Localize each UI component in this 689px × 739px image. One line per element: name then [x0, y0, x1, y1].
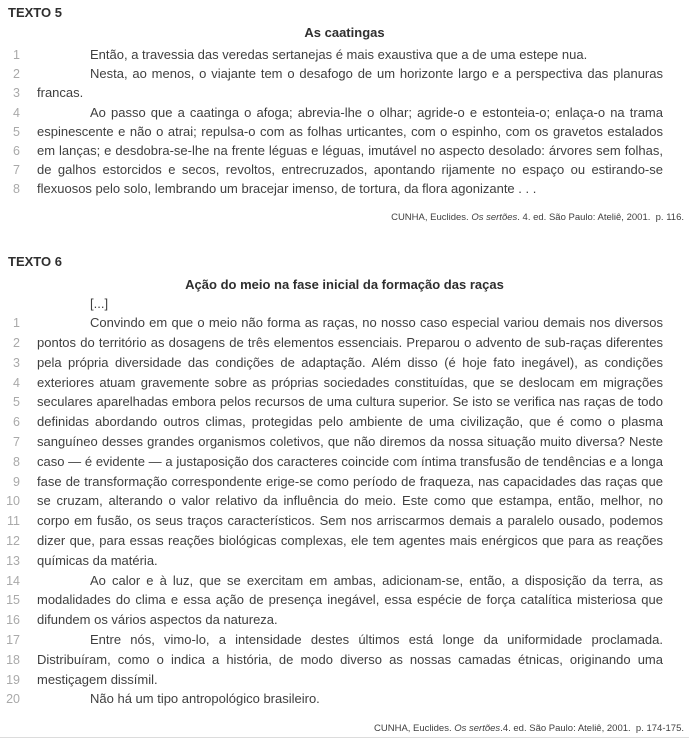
line-text: se cruzam, alterando o valor relativo da…	[37, 491, 663, 511]
citation-author: CUNHA, Euclides.	[374, 723, 454, 734]
text-line-row: 20 Não há um tipo antropológico brasilei…	[0, 689, 689, 709]
texto6-label: TEXTO 6	[8, 254, 689, 269]
line-number: 13	[0, 552, 20, 572]
line-number: 7	[0, 433, 20, 453]
text-line-row: 11 corpo em fusão, os seus traços caract…	[0, 511, 689, 531]
line-text: francas.	[37, 83, 663, 102]
text-line-row: 15 modalidades do clima e essa ação de p…	[0, 590, 689, 610]
line-text: Não há um tipo antropológico brasileiro.	[37, 689, 663, 709]
text-line-row: 4 Ao passo que a caatinga o afoga; abrev…	[0, 103, 689, 122]
texto5-label: TEXTO 5	[8, 5, 689, 20]
text-line-row: 3 pela própria diversidade das condições…	[0, 353, 689, 373]
citation-work-title: Os sertões	[454, 723, 500, 734]
text-line-row: 4 exteriores atuam gravemente sobre as p…	[0, 373, 689, 393]
texto6-title: Ação do meio na fase inicial da formação…	[0, 277, 689, 292]
line-number: 12	[0, 532, 20, 552]
citation-rest: . 4. ed. São Paulo: Ateliê, 2001. p. 116…	[517, 212, 684, 223]
line-text: flexuosos pelo solo, lembrando um bracej…	[37, 179, 663, 198]
texto5-lines: 1 Então, a travessia das veredas sertane…	[0, 45, 689, 199]
line-number: 11	[0, 512, 20, 532]
document-page: TEXTO 5 As caatingas 1 Então, a travessi…	[0, 0, 689, 735]
text-line-row: 8 flexuosos pelo solo, lembrando um brac…	[0, 179, 689, 198]
line-text: exteriores atuam gravemente sobre as pró…	[37, 373, 663, 393]
text-line-row: 7 de galhos estorcidos e secos, revoltos…	[0, 160, 689, 179]
line-text: modalidades do clima e essa ação de pres…	[37, 590, 663, 610]
citation-author: CUNHA, Euclides.	[391, 212, 471, 223]
line-number: 17	[0, 631, 20, 651]
line-number: 4	[0, 374, 20, 394]
text-line-row: 12 dizer que, para essas reações biológi…	[0, 531, 689, 551]
line-text: espinescente e não o atrai; repulsa-o co…	[37, 122, 663, 141]
text-line-row: 7 sanguíneo desses grandes organismos co…	[0, 432, 689, 452]
text-line-row: [...]	[0, 294, 689, 314]
text-line-row: 6 em lanças; e desdobra-se-lhe na frente…	[0, 141, 689, 160]
text-line-row: 1 Então, a travessia das veredas sertane…	[0, 45, 689, 64]
line-text: de galhos estorcidos e secos, revoltos, …	[37, 160, 663, 179]
line-number: 3	[0, 354, 20, 374]
line-number: 5	[0, 123, 20, 142]
line-text: fase de transformação correspondente eri…	[37, 472, 663, 492]
text-line-row: 2 Nesta, ao menos, o viajante tem o desa…	[0, 64, 689, 83]
line-number: 18	[0, 651, 20, 671]
text-line-row: 14 Ao calor e à luz, que se exercitam em…	[0, 571, 689, 591]
texto5-section: TEXTO 5 As caatingas 1 Então, a travessi…	[0, 5, 689, 224]
line-text: sanguíneo desses grandes organismos cole…	[37, 432, 663, 452]
line-number: 7	[0, 161, 20, 180]
line-text: seculares aparelhadas embora pelos recur…	[37, 392, 663, 412]
citation-rest: .4. ed. São Paulo: Ateliê, 2001. p. 174-…	[500, 723, 684, 734]
line-text: Entre nós, vimo-lo, a intensidade destes…	[37, 630, 663, 650]
text-line-row: 13 químicas da matéria.	[0, 551, 689, 571]
line-number: 19	[0, 671, 20, 691]
line-text: corpo em fusão, os seus traços caracterí…	[37, 511, 663, 531]
line-text: Ao calor e à luz, que se exercitam em am…	[37, 571, 663, 591]
text-line-row: 8 caso — é evidente — a justaposição dos…	[0, 452, 689, 472]
line-text: caso — é evidente — a justaposição dos c…	[37, 452, 663, 472]
line-number: 8	[0, 180, 20, 199]
line-number: 10	[0, 492, 20, 512]
line-number: 1	[0, 314, 20, 334]
line-number: 6	[0, 413, 20, 433]
line-text: químicas da matéria.	[37, 551, 663, 571]
line-text: dizer que, para essas reações biológicas…	[37, 531, 663, 551]
text-line-row: 2 pontos do território as dosagens de tr…	[0, 333, 689, 353]
line-text: [...]	[37, 294, 663, 314]
bottom-divider	[0, 737, 689, 738]
line-text: em lanças; e desdobra-se-lhe na frente l…	[37, 141, 663, 160]
line-text: difundem os vários aspectos da natureza.	[37, 610, 663, 630]
texto5-title: As caatingas	[0, 25, 689, 40]
texto5-citation: CUNHA, Euclides. Os sertões. 4. ed. São …	[0, 212, 689, 224]
line-text: Ao passo que a caatinga o afoga; abrevia…	[37, 103, 663, 122]
line-number: 20	[0, 690, 20, 710]
line-number: 5	[0, 393, 20, 413]
line-text: Então, a travessia das veredas sertaneja…	[37, 45, 663, 64]
line-number: 6	[0, 142, 20, 161]
line-number: 3	[0, 84, 20, 103]
line-number: 2	[0, 65, 20, 84]
line-text: Nesta, ao menos, o viajante tem o desafo…	[37, 64, 663, 83]
line-number: 9	[0, 473, 20, 493]
line-text: Convindo em que o meio não forma as raça…	[37, 313, 663, 333]
text-line-row: 1 Convindo em que o meio não forma as ra…	[0, 313, 689, 333]
line-number: 14	[0, 572, 20, 592]
line-number: 8	[0, 453, 20, 473]
line-number: 1	[0, 46, 20, 65]
text-line-row: 19 mestiçagem dissímil.	[0, 670, 689, 690]
text-line-row: 5 seculares aparelhadas embora pelos rec…	[0, 392, 689, 412]
line-number: 15	[0, 591, 20, 611]
text-line-row: 17 Entre nós, vimo-lo, a intensidade des…	[0, 630, 689, 650]
texto6-section: TEXTO 6 Ação do meio na fase inicial da …	[0, 254, 689, 736]
line-number: 16	[0, 611, 20, 631]
line-text: mestiçagem dissímil.	[37, 670, 663, 690]
citation-work-title: Os sertões	[471, 212, 517, 223]
text-line-row: 6 definidas abordando outros climas, pro…	[0, 412, 689, 432]
text-line-row: 3 francas.	[0, 83, 689, 102]
line-text: pela própria diversidade das condições d…	[37, 353, 663, 373]
line-text: Distribuíram, como o indica a história, …	[37, 650, 663, 670]
line-text: pontos do território as dosagens de três…	[37, 333, 663, 353]
text-line-row: 16 difundem os vários aspectos da nature…	[0, 610, 689, 630]
texto6-lines: [...] 1 Convindo em que o meio não forma…	[0, 294, 689, 710]
text-line-row: 18 Distribuíram, como o indica a históri…	[0, 650, 689, 670]
text-line-row: 5 espinescente e não o atrai; repulsa-o …	[0, 122, 689, 141]
text-line-row: 9 fase de transformação correspondente e…	[0, 472, 689, 492]
line-text: definidas abordando outros climas, prote…	[37, 412, 663, 432]
text-line-row: 10 se cruzam, alterando o valor relativo…	[0, 491, 689, 511]
line-number: 4	[0, 104, 20, 123]
line-number: 2	[0, 334, 20, 354]
texto6-citation: CUNHA, Euclides. Os sertões.4. ed. São P…	[0, 723, 689, 735]
